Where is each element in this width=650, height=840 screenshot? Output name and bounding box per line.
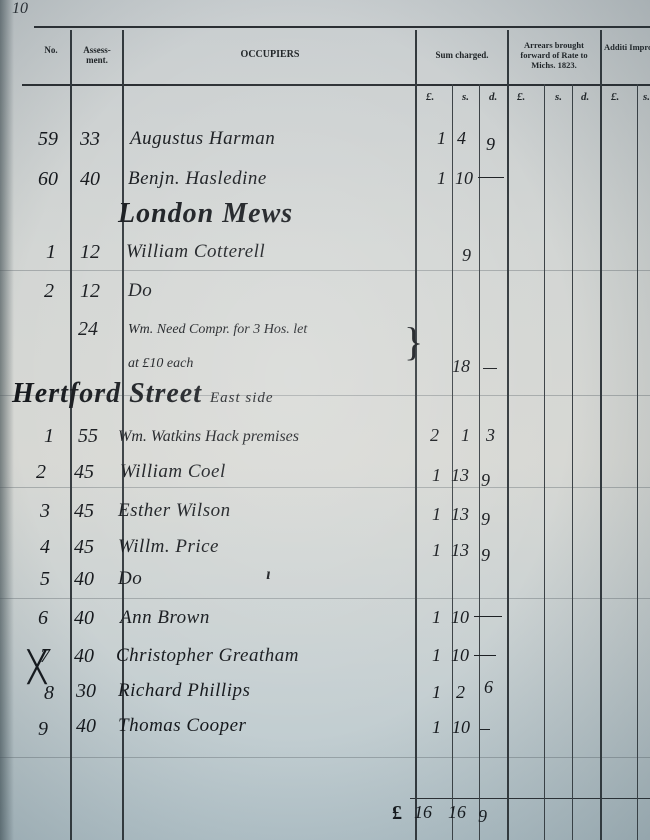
row-assessment: 12 bbox=[80, 280, 100, 303]
ruled-line bbox=[0, 757, 650, 758]
row-occupier: Augustus Harman bbox=[130, 128, 275, 150]
ink-blot: ɪ bbox=[266, 566, 271, 584]
row-shillings: 10 bbox=[451, 607, 469, 628]
row-occupier: William Cotterell bbox=[126, 241, 265, 263]
row-occupier: Esther Wilson bbox=[118, 500, 231, 522]
header-no: No. bbox=[34, 45, 68, 55]
row-no: 2 bbox=[36, 461, 46, 484]
row-occupier: Ann Brown bbox=[120, 607, 210, 629]
col-divider bbox=[479, 84, 480, 840]
unit-shillings: s. bbox=[462, 91, 469, 103]
col-divider bbox=[572, 84, 573, 840]
row-occupier: Wm. Need Compr. for 3 Hos. let bbox=[128, 322, 307, 338]
corner-mark: 10 bbox=[12, 0, 28, 18]
section-heading-london-mews: London Mews bbox=[118, 198, 293, 230]
total-pounds: 16 bbox=[414, 802, 432, 823]
row-assessment: 55 bbox=[78, 425, 98, 448]
row-occupier: Thomas Cooper bbox=[118, 715, 246, 737]
col-divider bbox=[544, 84, 545, 840]
header-top-rule bbox=[34, 26, 650, 28]
row-assessment: 40 bbox=[80, 168, 100, 191]
row-no: 5 bbox=[40, 568, 50, 591]
section-heading-hertford-street: Hertford Street East side bbox=[12, 378, 274, 410]
page-edge-shadow bbox=[0, 0, 14, 840]
row-occupier: Do bbox=[128, 280, 152, 302]
row-assessment: 33 bbox=[80, 128, 100, 151]
total-pence: 9 bbox=[478, 806, 487, 827]
unit-pence: d. bbox=[581, 91, 589, 103]
row-assessment: 40 bbox=[74, 568, 94, 591]
row-shillings: 10 bbox=[451, 645, 469, 666]
row-pounds: 1 bbox=[432, 465, 441, 486]
unit-shillings: s. bbox=[643, 91, 650, 103]
row-pounds: 1 bbox=[432, 540, 441, 561]
row-no: 1 bbox=[46, 241, 56, 264]
unit-pounds: £. bbox=[426, 91, 434, 103]
row-pounds: 1 bbox=[432, 682, 441, 703]
row-no: 9 bbox=[38, 718, 48, 741]
row-shillings: 2 bbox=[456, 682, 465, 703]
row-assessment: 45 bbox=[74, 500, 94, 523]
ruled-line bbox=[0, 598, 650, 599]
total-rule bbox=[410, 798, 650, 799]
row-shillings: 10 bbox=[455, 168, 473, 189]
row-assessment: 45 bbox=[74, 536, 94, 559]
row-pounds: 2 bbox=[430, 425, 439, 446]
scan-vignette bbox=[0, 0, 650, 840]
unit-pounds: £. bbox=[517, 91, 525, 103]
row-no: 1 bbox=[44, 425, 54, 448]
row-pounds: 1 bbox=[432, 504, 441, 525]
row-assessment: 24 bbox=[78, 318, 98, 341]
nil-dash bbox=[480, 729, 490, 730]
row-pounds: 1 bbox=[437, 128, 446, 149]
col-divider bbox=[637, 84, 638, 840]
row-occupier: Willm. Price bbox=[118, 536, 219, 558]
unit-shillings: s. bbox=[555, 91, 562, 103]
row-occupier: Benjn. Hasledine bbox=[128, 168, 267, 190]
row-shillings: 4 bbox=[457, 128, 466, 149]
row-occupier-line2: at £10 each bbox=[128, 356, 193, 372]
row-occupier: Wm. Watkins Hack premises bbox=[118, 428, 299, 446]
row-pence: 9 bbox=[481, 470, 490, 491]
unit-pounds: £. bbox=[611, 91, 619, 103]
row-shillings: 18 bbox=[452, 356, 470, 377]
ruled-line bbox=[0, 270, 650, 271]
row-shillings: 10 bbox=[452, 717, 470, 738]
row-no: 60 bbox=[38, 168, 58, 191]
street-side: East side bbox=[210, 390, 274, 406]
header-bottom-rule bbox=[22, 84, 650, 86]
col-divider-arrears bbox=[600, 30, 602, 840]
ruled-line bbox=[0, 487, 650, 488]
row-no: 4 bbox=[40, 536, 50, 559]
col-divider-sum bbox=[507, 30, 509, 840]
brace-mark: } bbox=[404, 318, 423, 365]
row-shillings: 13 bbox=[451, 465, 469, 486]
header-occupier: OCCUPIERS bbox=[130, 50, 410, 60]
col-divider-occupier bbox=[415, 30, 417, 840]
unit-pence: d. bbox=[489, 91, 497, 103]
row-shillings: 1 bbox=[461, 425, 470, 446]
header-sum-charged: Sum charged. bbox=[420, 50, 504, 60]
nil-dash bbox=[474, 655, 496, 656]
nil-dash bbox=[483, 368, 497, 369]
row-shillings: 13 bbox=[451, 540, 469, 561]
total-shillings: 16 bbox=[448, 802, 466, 823]
nil-dash bbox=[474, 616, 502, 617]
row-pounds: 1 bbox=[432, 645, 441, 666]
row-no: 2 bbox=[44, 280, 54, 303]
row-no: 59 bbox=[38, 128, 58, 151]
pound-symbol: £ bbox=[392, 802, 402, 825]
row-assessment: 40 bbox=[76, 715, 96, 738]
header-assessment: Assess-ment. bbox=[76, 45, 118, 65]
row-assessment: 40 bbox=[74, 645, 94, 668]
row-shillings: 13 bbox=[451, 504, 469, 525]
row-pence: 9 bbox=[481, 545, 490, 566]
row-pounds: 1 bbox=[432, 607, 441, 628]
row-pence: 3 bbox=[486, 425, 495, 446]
row-occupier: Christopher Greatham bbox=[116, 645, 299, 667]
row-pence: 9 bbox=[486, 134, 495, 155]
row-shillings: 9 bbox=[462, 245, 471, 266]
header-arrears: Arrears brought forward of Rate to Michs… bbox=[510, 40, 598, 70]
row-occupier: Richard Phillips bbox=[118, 680, 250, 702]
row-pounds: 1 bbox=[432, 717, 441, 738]
nil-dash bbox=[478, 177, 504, 178]
row-assessment: 12 bbox=[80, 241, 100, 264]
row-assessment: 45 bbox=[74, 461, 94, 484]
row-assessment: 40 bbox=[74, 607, 94, 630]
row-pence: 9 bbox=[481, 509, 490, 530]
header-additional: Additi Improve bbox=[604, 42, 650, 52]
row-no: 8 bbox=[44, 682, 54, 705]
col-divider-no bbox=[70, 30, 72, 840]
row-no: 6 bbox=[38, 607, 48, 630]
row-occupier: Do bbox=[118, 568, 142, 590]
row-no: 3 bbox=[40, 500, 50, 523]
row-pence: 6 bbox=[484, 677, 493, 698]
cross-out-mark: ╳ bbox=[28, 650, 46, 685]
row-assessment: 30 bbox=[76, 680, 96, 703]
row-occupier: William Coel bbox=[120, 461, 226, 483]
street-name: Hertford Street bbox=[12, 378, 202, 409]
row-pounds: 1 bbox=[437, 168, 446, 189]
